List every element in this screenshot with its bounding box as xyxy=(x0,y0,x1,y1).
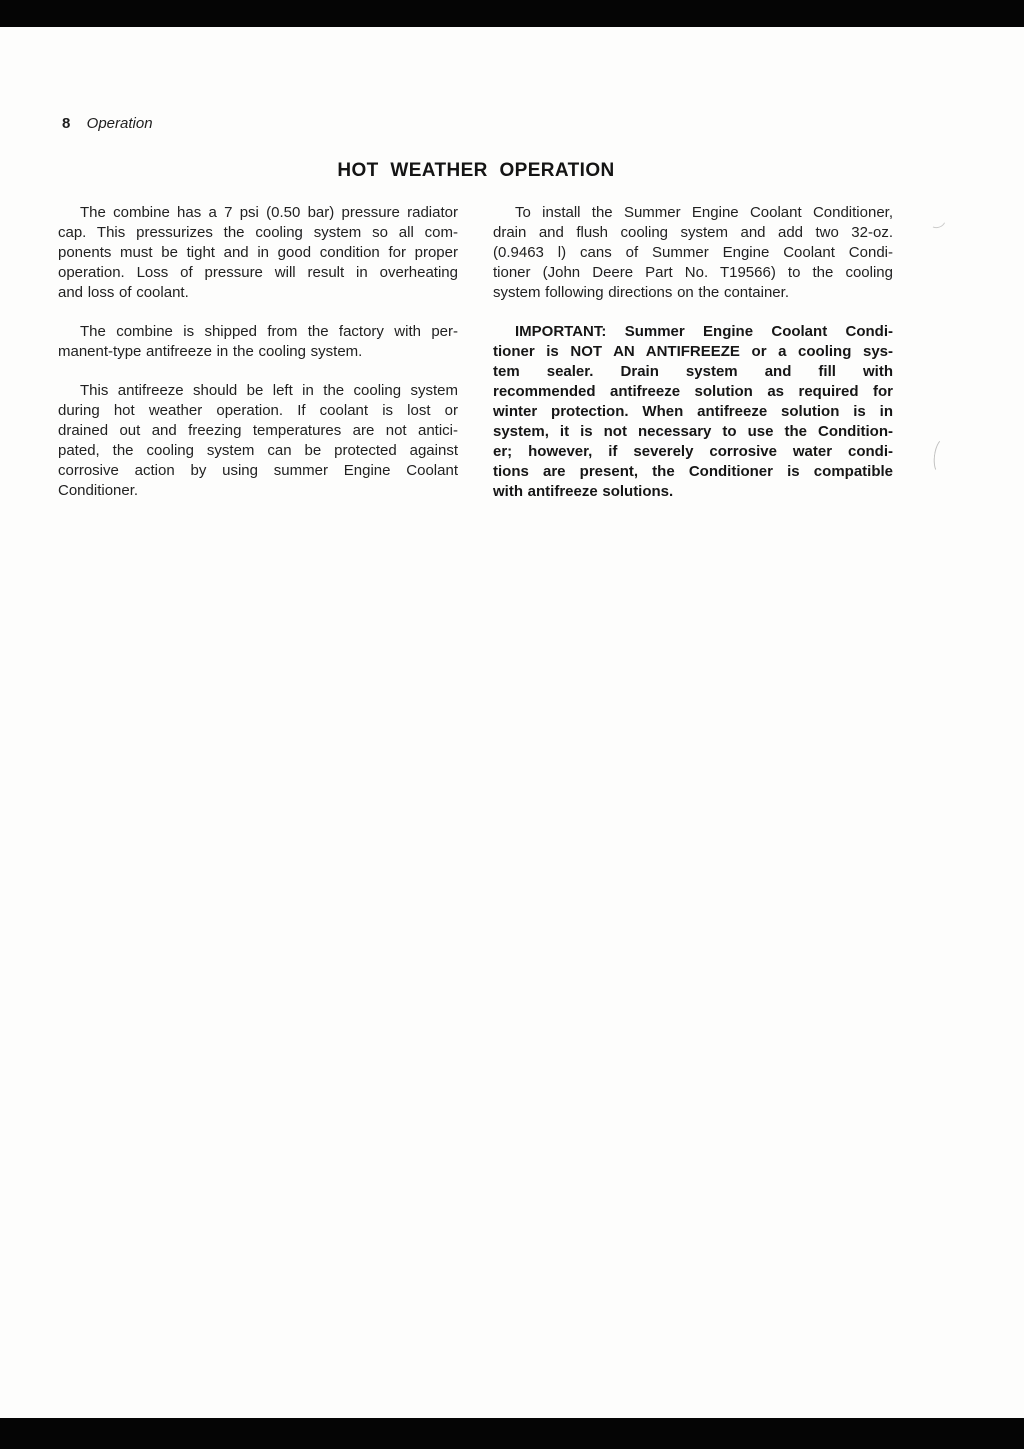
text-line: This antifreeze should be left in the co… xyxy=(58,381,458,401)
text-line: recommended antifreeze solution as requi… xyxy=(493,382,893,402)
scan-speck xyxy=(932,437,953,475)
text-line: tioner is NOT AN ANTIFREEZE or a cooling… xyxy=(493,342,893,362)
text-line: IMPORTANT: Summer Engine Coolant Condi- xyxy=(493,322,893,342)
top-scan-edge-bar xyxy=(0,0,1024,27)
text-line: drain and flush cooling system and add t… xyxy=(493,223,893,243)
page-title: HOT WEATHER OPERATION xyxy=(58,160,894,182)
text-line: system, it is not necessary to use the C… xyxy=(493,422,893,442)
text-line: system following directions on the conta… xyxy=(493,283,893,303)
paragraph: IMPORTANT: Summer Engine Coolant Condi-t… xyxy=(493,322,893,502)
text-line: manent-type antifreeze in the cooling sy… xyxy=(58,342,458,362)
text-line: The combine is shipped from the factory … xyxy=(58,322,458,342)
text-line: winter protection. When antifreeze solut… xyxy=(493,402,893,422)
paragraph: The combine is shipped from the factory … xyxy=(58,322,458,362)
section-label: Operation xyxy=(87,115,153,132)
paragraph: This antifreeze should be left in the co… xyxy=(58,381,458,501)
text-line: tioner (John Deere Part No. T19566) to t… xyxy=(493,263,893,283)
bottom-scan-edge-bar xyxy=(0,1418,1024,1449)
page-header: 8Operation xyxy=(62,114,153,134)
text-line: ponents must be tight and in good condit… xyxy=(58,243,458,263)
text-line: (0.9463 l) cans of Summer Engine Coolant… xyxy=(493,243,893,263)
text-line: with antifreeze solutions. xyxy=(493,482,893,502)
text-line: The combine has a 7 psi (0.50 bar) press… xyxy=(58,203,458,223)
text-line: tem sealer. Drain system and fill with xyxy=(493,362,893,382)
right-column: To install the Summer Engine Coolant Con… xyxy=(493,203,893,521)
page-number: 8 xyxy=(62,115,71,132)
paragraph: The combine has a 7 psi (0.50 bar) press… xyxy=(58,203,458,303)
text-line: during hot weather operation. If coolant… xyxy=(58,401,458,421)
text-line: operation. Loss of pressure will result … xyxy=(58,263,458,283)
scan-speck xyxy=(926,209,948,230)
text-line: corrosive action by using summer Engine … xyxy=(58,461,458,481)
paragraph: To install the Summer Engine Coolant Con… xyxy=(493,203,893,303)
text-line: er; however, if severely corrosive water… xyxy=(493,442,893,462)
text-line: drained out and freezing temperatures ar… xyxy=(58,421,458,441)
left-column: The combine has a 7 psi (0.50 bar) press… xyxy=(58,203,458,520)
text-line: pated, the cooling system can be protect… xyxy=(58,441,458,461)
text-line: and loss of coolant. xyxy=(58,283,458,303)
text-line: To install the Summer Engine Coolant Con… xyxy=(493,203,893,223)
text-line: Conditioner. xyxy=(58,481,458,501)
text-line: cap. This pressurizes the cooling system… xyxy=(58,223,458,243)
text-line: tions are present, the Conditioner is co… xyxy=(493,462,893,482)
